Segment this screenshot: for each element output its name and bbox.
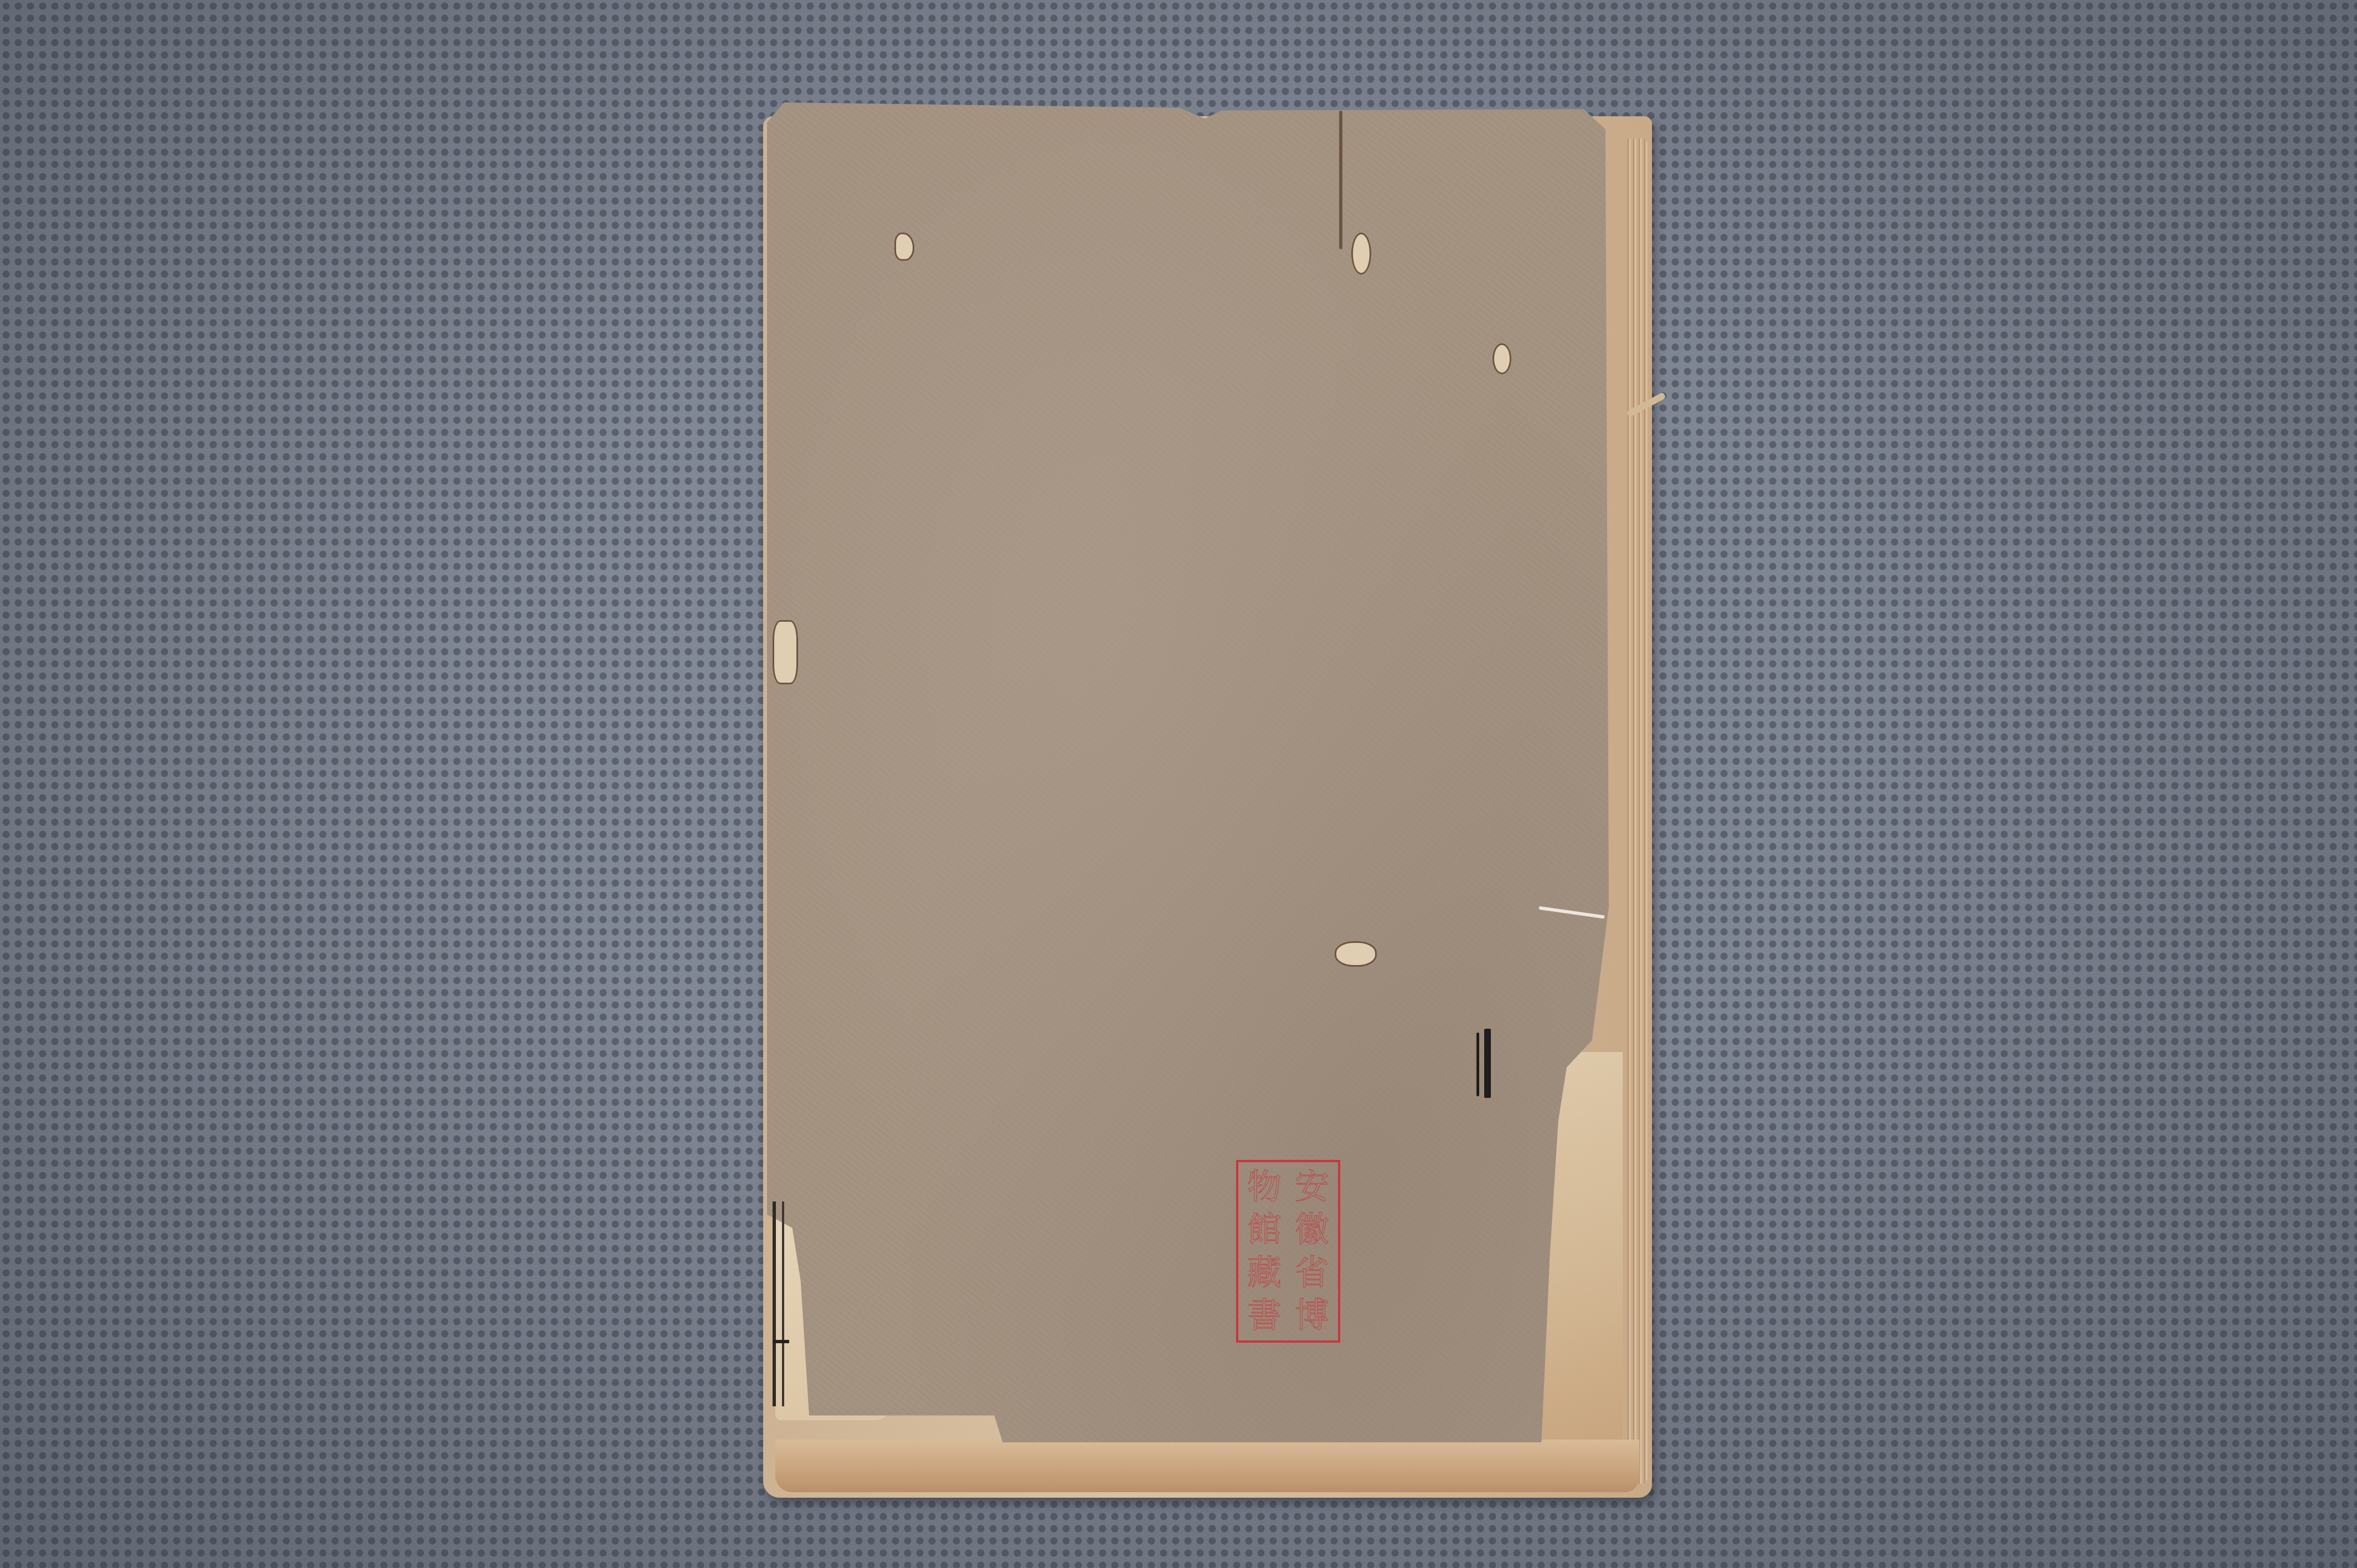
cover-wormhole	[1493, 343, 1511, 374]
cover-wormhole	[1351, 233, 1371, 275]
cover-wormhole	[1335, 941, 1377, 967]
seal-character: 博	[1295, 1298, 1329, 1333]
book-cover	[767, 102, 1609, 1442]
cover-crack	[1339, 111, 1342, 249]
seal-character: 省	[1295, 1256, 1329, 1290]
cover-tear	[773, 620, 798, 684]
binding-line	[782, 1201, 784, 1406]
seal-character: 書	[1247, 1298, 1282, 1333]
seal-character: 物	[1247, 1170, 1282, 1204]
seal-character: 安	[1295, 1170, 1329, 1204]
binding-line	[1476, 1033, 1479, 1096]
binding-line	[773, 1201, 776, 1406]
seal-character: 徽	[1295, 1213, 1329, 1247]
binding-tick	[773, 1340, 789, 1343]
collector-seal: 安 徽 省 博 物 館 藏 書	[1236, 1160, 1340, 1343]
seal-character: 藏	[1247, 1256, 1282, 1290]
seal-column-right: 安 徽 省 博	[1295, 1165, 1329, 1337]
book-page-edge-bottom	[775, 1440, 1639, 1492]
seal-character: 館	[1247, 1213, 1282, 1247]
book-page-edge-right	[1625, 138, 1648, 1484]
binding-line	[1484, 1029, 1491, 1098]
seal-column-left: 物 館 藏 書	[1247, 1165, 1282, 1337]
